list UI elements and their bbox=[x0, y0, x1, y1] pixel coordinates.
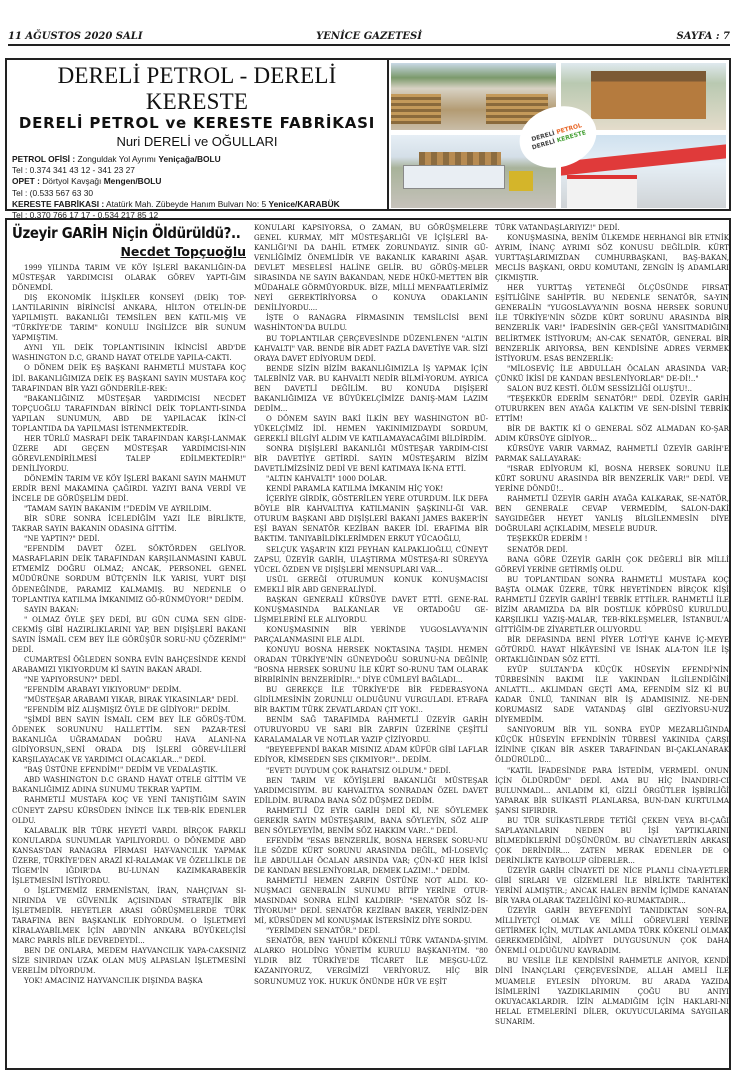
article-paragraph: "EFENDİM ARABAYI YIKIYORUM" DEDİM. bbox=[12, 685, 246, 695]
ad-line-text: Atatürk Mah. Zübeyde Hanım Bulvarı No: 5 bbox=[104, 199, 268, 209]
article-paragraph: BU TOPLANTILAR ÇERÇEVESİNDE DÜZENLENEN "… bbox=[254, 334, 488, 364]
article-column-3: TÜRK VATANDAŞLARIYIZ!" DEDİ.KONUŞMASINA,… bbox=[495, 223, 729, 1027]
article-paragraph: SENATÖR DEDİ. bbox=[495, 545, 729, 555]
ad-line-label: KERESTE FABRİKASI : bbox=[12, 199, 104, 209]
ad-line-text: Tel : 0.374 341 43 12 - 341 23 27 bbox=[12, 165, 135, 175]
article-paragraph: " OLMAZ ÖYLE ŞEY DEDİ, BU GÜN CUMA SEN G… bbox=[12, 615, 246, 655]
article-paragraph: "YERİMDEN SENATÖR." DEDİ. bbox=[254, 926, 488, 936]
column-2-body: KONULARI KAPSIYORSA, O ZAMAN, BU GÖRÜŞME… bbox=[254, 223, 488, 987]
article-paragraph: ABD WASHINGTON D.C GRAND HAYAT OTELE GİT… bbox=[12, 775, 246, 795]
ad-line: Tel : (0.533 567 63 30 bbox=[12, 188, 387, 199]
article-paragraph: BENİM SAĞ TARAFIMDA RAHMETLİ ÜZEYİR GARİ… bbox=[254, 715, 488, 745]
article-paragraph: SAYIN BAKAN: bbox=[12, 605, 246, 615]
article-paragraph: BU GEREKÇE İLE TÜRKİYE'DE BİR FEDERASYON… bbox=[254, 685, 488, 715]
article-paragraph: BU TOPLANTIDAN SONRA RAHMETLİ MUSTAFA KO… bbox=[495, 575, 729, 635]
article-paragraph: BU VESİLE İLE KENDİSİNİ RAHMETLE ANIYOR,… bbox=[495, 956, 729, 1026]
article-column-2: KONULARI KAPSIYORSA, O ZAMAN, BU GÖRÜŞME… bbox=[254, 223, 488, 987]
ad-line-text: Zonguldak Yol Ayrımı bbox=[75, 154, 158, 164]
article-paragraph: AYNI YIL DEİK TOPLANTISININ İKİNCİSİ ABD… bbox=[12, 343, 246, 363]
article-paragraph: SENATÖR, BEN YAHUDİ KÖKENLİ TÜRK VATANDA… bbox=[254, 936, 488, 986]
ad-line: Tel : 0.374 341 43 12 - 341 23 27 bbox=[12, 165, 387, 176]
lumber-stack bbox=[391, 94, 441, 124]
article-paragraph: TÜRK VATANDAŞLARIYIZ!" DEDİ. bbox=[495, 223, 729, 233]
article-paragraph: "MİLOSEVİÇ İLE ABDULLAH ÖCALAN ARASINDA … bbox=[495, 364, 729, 384]
article-paragraph: USÜL GEREĞİ OTURUMUN KONUK KONUŞMACISI E… bbox=[254, 575, 488, 595]
article-paragraph: O DÖNEM DEİK EŞ BAŞKANI RAHMETLİ MUSTAFA… bbox=[12, 363, 246, 393]
ad-line-text: Tel : (0.533 567 63 30 bbox=[12, 188, 93, 198]
article-paragraph: BİR DEFASINDA BENİ PİYER LOTİ'YE KAHVE İ… bbox=[495, 635, 729, 665]
article-paragraph: KENDİ PARAMLA KATILMA İMKANIM HİÇ YOK! bbox=[254, 484, 488, 494]
ad-line-place: Mengen/BOLU bbox=[104, 176, 162, 186]
article-paragraph: KÜRSÜYE VARIR VARMAZ, RAHMETLİ ÜZEYİR GA… bbox=[495, 444, 729, 464]
article-paragraph: ÜZEYİR GARİH CİNAYETİ DE NİCE PLANLI CİN… bbox=[495, 866, 729, 906]
article-paragraph: O DÖNEM SAYIN BAKİ İLKİN BEY WASHINGTON … bbox=[254, 414, 488, 444]
column-1-body: 1999 YILINDA TARIM VE KÖY İŞLERİ BAKANLI… bbox=[12, 263, 246, 986]
ad-line-place: Yenice/KARABÜK bbox=[268, 199, 339, 209]
article-paragraph: "BAKANLIĞINIZ MÜSTEŞAR YARDIMCISI NECDET… bbox=[12, 394, 246, 434]
page-number: SAYFA : 7 bbox=[676, 31, 730, 42]
article-paragraph: KONULARI KAPSIYORSA, O ZAMAN, BU GÖRÜŞME… bbox=[254, 223, 488, 313]
article-paragraph: BENDE SİZİN BİZİM BAKANLIĞIMIZLA İŞ YAPM… bbox=[254, 364, 488, 414]
article-paragraph: DÖNEMİN TARIM VE KÖY İŞLERİ BAKANI SAYIN… bbox=[12, 474, 246, 504]
newspaper-name: YENİCE GAZETESİ bbox=[8, 31, 730, 42]
ad-title: DERELİ PETROL - DERELİ KERESTE bbox=[7, 63, 387, 115]
article-paragraph: BİR DE BAKTIK Kİ O GENERAL SÖZ ALMADAN K… bbox=[495, 424, 729, 444]
article-column-1: Üzeyir GARİH Niçin Öldürüldü?.. Necdet T… bbox=[12, 223, 246, 986]
article-paragraph: RAHMETLİ MUSTAFA KOÇ VE YENİ TANIŞTIĞIM … bbox=[12, 795, 246, 825]
forklift bbox=[509, 171, 533, 191]
advertisement-text-box: DERELİ PETROL - DERELİ KERESTE DERELİ PE… bbox=[5, 58, 389, 211]
article-paragraph: "TAMAM SAYIN BAKANIM !"DEDİM VE AYRILDIM… bbox=[12, 504, 246, 514]
article-paragraph: ÜZEYİR GARİH BEYEFENDİYİ TANIDIKTAN SON-… bbox=[495, 906, 729, 956]
ad-line-place: Yeniçağa/BOLU bbox=[158, 154, 220, 164]
article-paragraph: KONUŞMASININ BİR YERİNDE YUGOSLAVYA'NIN … bbox=[254, 625, 488, 645]
ad-contact-lines: PETROL OFİSİ : Zonguldak Yol Ayrımı Yeni… bbox=[7, 154, 387, 221]
article-paragraph: CUMARTESİ ÖĞLEDEN SONRA EVİN BAHÇESİNDE … bbox=[12, 655, 246, 675]
article-paragraph: TEŞEKKÜR EDERİM ! bbox=[495, 534, 729, 544]
article-paragraph: "EFENDİM BİZ ALIŞMIŞIZ ÖYLE DE GİDİYOR!"… bbox=[12, 705, 246, 715]
ad-owner: Nuri DERELİ ve OĞULLARI bbox=[7, 134, 387, 149]
article-paragraph: RAHMETLİ ÜZEYİR GARİH AYAĞA KALKARAK, SE… bbox=[495, 494, 729, 534]
article-paragraph: "ŞİMDİ BEN SAYIN İSMAİL CEM BEY İLE GÖRÜ… bbox=[12, 715, 246, 765]
ad-line-label: OPET : bbox=[12, 176, 40, 186]
article-paragraph: KONUYU BOSNA HERSEK NOKTASINA TAŞIDI. HE… bbox=[254, 645, 488, 685]
article-box: Üzeyir GARİH Niçin Öldürüldü?.. Necdet T… bbox=[5, 218, 731, 1070]
article-paragraph: "NE YAPIYORSUN?" DEDİ. bbox=[12, 675, 246, 685]
article-paragraph: "ALTIN KAHVALTI" 1000 DOLAR. bbox=[254, 474, 488, 484]
article-paragraph: "MÜSTEŞAR ARABAMI YIKAR, BIRAK YIKASINLA… bbox=[12, 695, 246, 705]
article-headline: Üzeyir GARİH Niçin Öldürüldü?.. bbox=[12, 223, 213, 243]
article-paragraph: "KATİL İFADESİNDE PARA İSTEDİM, VERMEDİ.… bbox=[495, 766, 729, 816]
article-paragraph: 1999 YILINDA TARIM VE KÖY İŞLERİ BAKANLI… bbox=[12, 263, 246, 293]
ad-line: OPET : Dörtyol Kavşağı Mengen/BOLU bbox=[12, 176, 387, 187]
article-paragraph: "TEŞEKKÜR EDERİM SENATÖR!" DEDİ. ÜZEYİR … bbox=[495, 394, 729, 424]
article-paragraph: YOK! AMACINIZ HAYVANCILIK DIŞINDA BAŞKA bbox=[12, 976, 246, 986]
article-paragraph: "ISRAR EDİYORUM Kİ, BOSNA HERSEK SORUNU … bbox=[495, 464, 729, 494]
ad-line-text: Dörtyol Kavşağı bbox=[40, 176, 104, 186]
article-paragraph: EYÜP SULTAN'DA KÜÇÜK HÜSEYİN EFENDİ'NİN … bbox=[495, 665, 729, 725]
article-paragraph: EFENDİM "ESAS BENZERLİK, BOSNA HERSEK SO… bbox=[254, 836, 488, 876]
article-paragraph: "BAŞ ÜSTÜNE EFENDİM!" DEDİM VE VEDALAŞTI… bbox=[12, 765, 246, 775]
station-shop bbox=[567, 175, 637, 208]
article-paragraph: RAHMETLİ ÜZ EYİR GARİH DEDİ Kİ, NE SÖYLE… bbox=[254, 806, 488, 836]
article-paragraph: "NE YAPTIN?" DEDİ. bbox=[12, 534, 246, 544]
article-paragraph: BU TÜR SUİKASTLERDE TETİĞİ ÇEKEN VEYA BI… bbox=[495, 816, 729, 866]
ad-line: PETROL OFİSİ : Zonguldak Yol Ayrımı Yeni… bbox=[12, 154, 387, 165]
article-paragraph: BEN DE ONLARA, MEDEM HAYVANCILIK YAPA-CA… bbox=[12, 946, 246, 976]
article-paragraph: KALABALIK BİR TÜRK HEYETİ VARDI. BİRÇOK … bbox=[12, 826, 246, 886]
article-paragraph: İÇERİYE GİRDİK, GÖSTERİLEN YERE OTURDUM.… bbox=[254, 494, 488, 544]
article-paragraph: BİR SÜRE SONRA İCELEDİĞİM YAZI İLE BİRLİ… bbox=[12, 514, 246, 534]
article-paragraph: BAŞKAN GENERALİ KÜRSÜYE DAVET ETTİ. GENE… bbox=[254, 595, 488, 625]
article-paragraph: İŞTE O RANAGRA FİRMASININ TEMSİLCİSİ BEN… bbox=[254, 313, 488, 333]
advertisement-photo-collage: DERELİ PETROL DERELİ KERESTE bbox=[389, 58, 731, 211]
article-paragraph: SALON BUZ KESTİ. ÖLÜM SESSİZLİĞİ OLUŞTU!… bbox=[495, 384, 729, 394]
article-paragraph: "EFENDİM DAVET ÖZEL SÖKTÖRDEN GELİYOR. M… bbox=[12, 544, 246, 604]
article-paragraph: HER YURTTAŞ YETENEĞİ ÖLÇÜSÜNDE FIRSAT EŞ… bbox=[495, 283, 729, 363]
lumber-load bbox=[419, 152, 501, 166]
ad-line: KERESTE FABRİKASI : Atatürk Mah. Zübeyde… bbox=[12, 199, 387, 210]
article-paragraph: "BEYEEFENDİ BAKAR MISINIZ ADAM KÜFÜR GİB… bbox=[254, 745, 488, 765]
article-paragraph: SONRA DIŞİŞLERİ BAKANLIĞI MÜSTEŞAR YARDI… bbox=[254, 444, 488, 474]
article-paragraph: DIŞ EKONOMİK İLİŞKİLER KONSEYİ (DEİK) TO… bbox=[12, 293, 246, 343]
article-paragraph: HER TÜRLÜ MASRAFI DEİK TARAFINDAN KARŞI-… bbox=[12, 434, 246, 474]
article-paragraph: O İŞLETMEMİZ ERMENİSTAN, İRAN, NAHÇIVAN … bbox=[12, 886, 246, 946]
article-paragraph: BANA GÖRE ÜZEYİR GARİH ÇOK DEĞERLİ BİR M… bbox=[495, 555, 729, 575]
article-paragraph: SANIYORUM BİR YIL SONRA EYÜP MEZARLIĞIND… bbox=[495, 725, 729, 765]
ad-line-label: PETROL OFİSİ : bbox=[12, 154, 75, 164]
article-author: Necdet Topçuoğlu bbox=[12, 243, 246, 261]
article-paragraph: SELÇUK YAŞAR'IN KIZI FEYHAN KALPAKLIOĞLU… bbox=[254, 545, 488, 575]
truck bbox=[403, 165, 505, 189]
ad-subtitle: DERELİ PETROL ve KERESTE FABRİKASI bbox=[7, 114, 387, 132]
page-header: 11 AĞUSTOS 2020 SALI YENİCE GAZETESİ SAY… bbox=[8, 28, 730, 46]
article-paragraph: KONUŞMASINA, BENİM ÜLKEMDE HERHANGİ BİR … bbox=[495, 233, 729, 283]
wooden-house bbox=[591, 71, 706, 119]
column-3-body: TÜRK VATANDAŞLARIYIZ!" DEDİ.KONUŞMASINA,… bbox=[495, 223, 729, 1027]
article-paragraph: BEN TARIM VE KÖYİŞLERİ BAKANLIĞI MÜSTEŞA… bbox=[254, 776, 488, 806]
article-paragraph: RAHMETLİ HEMEN ZARFIN ÜSTÜNE NOT ALDI. K… bbox=[254, 876, 488, 926]
article-paragraph: "EVET! DUYDUM ÇOK RAHATSIZ OLDUM." DEDİ. bbox=[254, 766, 488, 776]
